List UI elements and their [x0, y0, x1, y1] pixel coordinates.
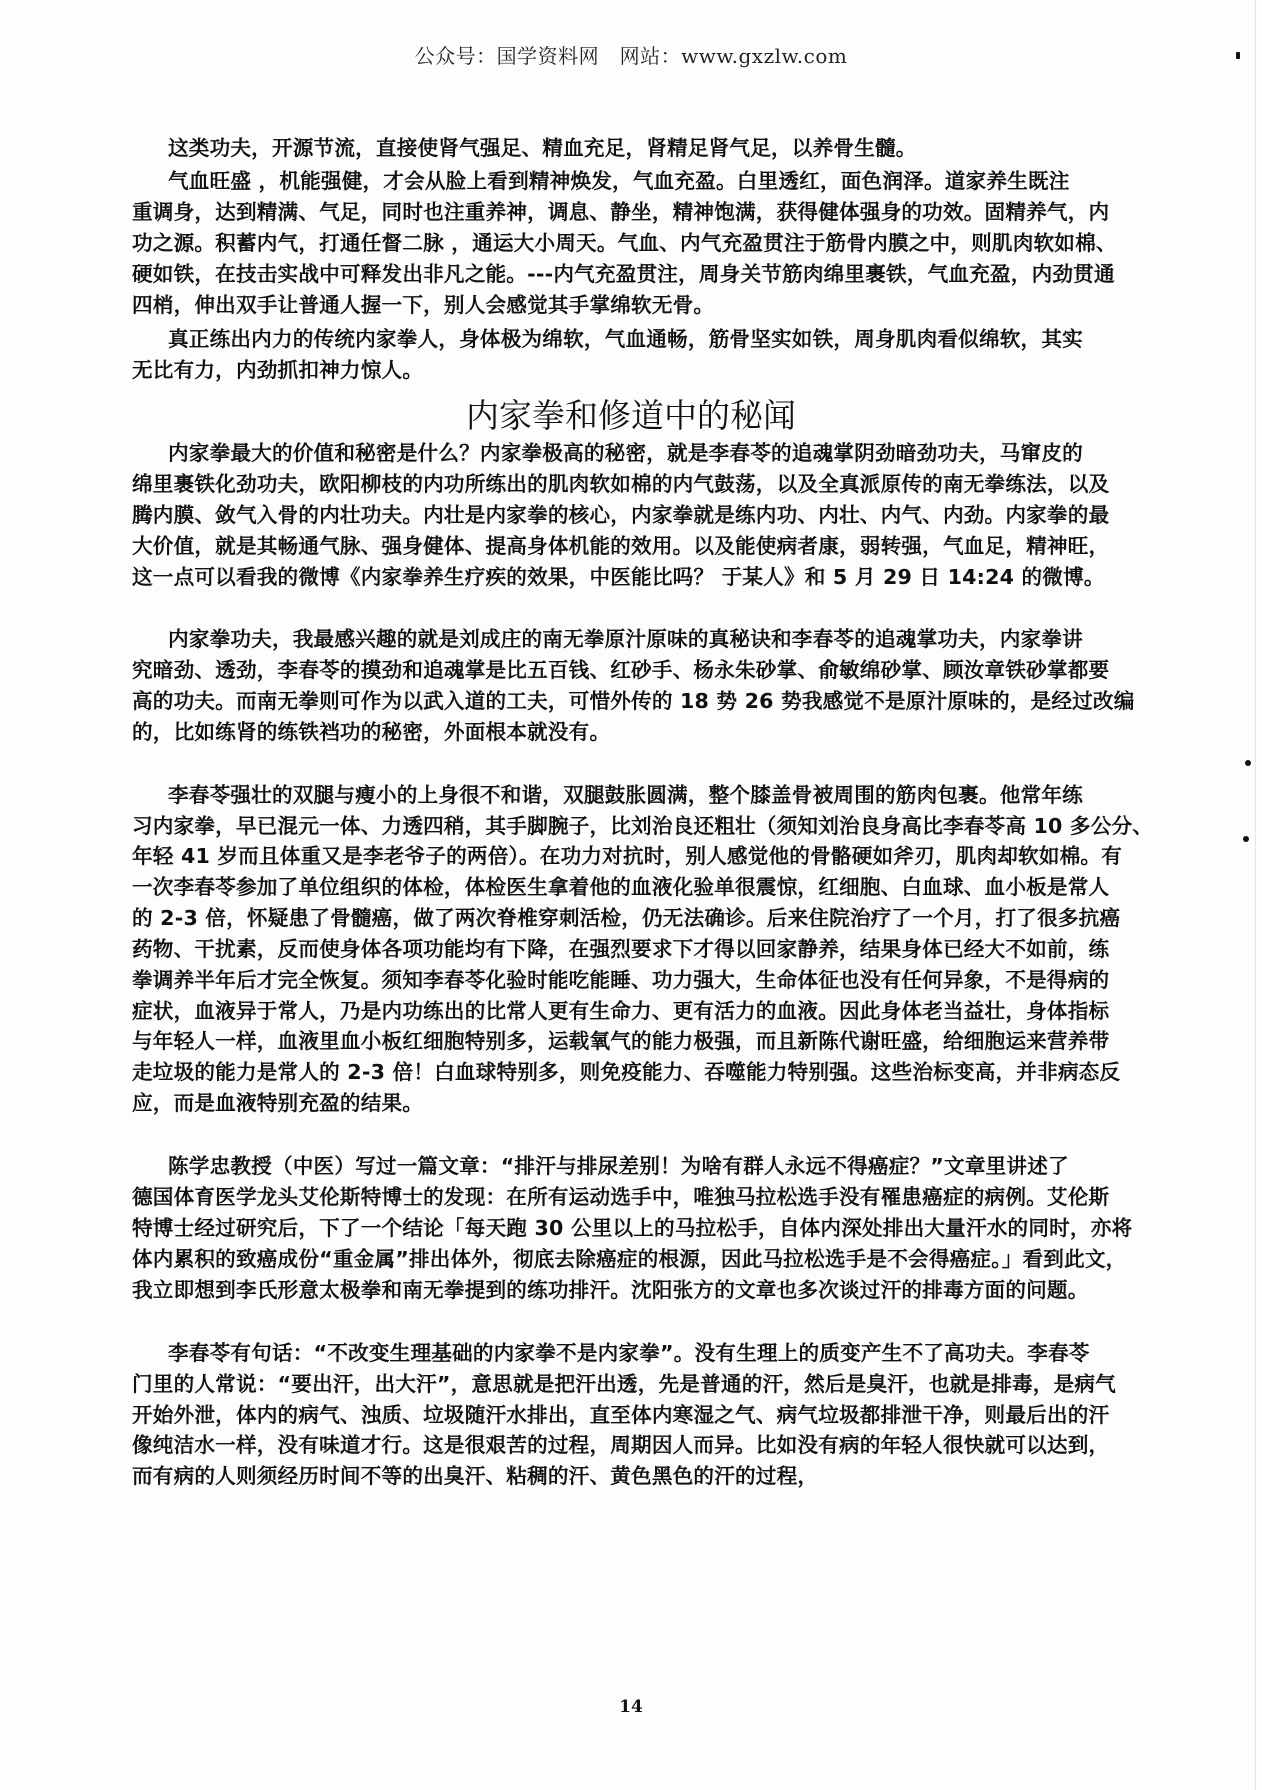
text-line: 体内累积的致癌成份“重金属”排出体外，彻底去除癌症的根源，因此马拉松选手是不会得… — [132, 1246, 1126, 1272]
text-line: 开始外泄，体内的病气、浊质、垃圾随汗水排出，直至体内寒湿之气、病气垃圾都排泄干净… — [132, 1402, 1109, 1428]
text-line: 的 2-3 倍，怀疑患了骨髓癌，做了两次脊椎穿刺活检，仍无法确诊。后来住院治疗了… — [132, 905, 1120, 931]
text-line: 究暗劲、透劲，李春苓的摸劲和追魂掌是比五百钱、红砂手、杨永朱砂掌、俞敏绵砂掌、顾… — [132, 657, 1109, 683]
text-line: 一次李春苓参加了单位组织的体检，体检医生拿着他的血液化验单很震惊，红细胞、白血球… — [132, 874, 1109, 900]
text-line: 真正练出内力的传统内家拳人，身体极为绵软，气血通畅，筋骨坚实如铁，周身肌肉看似绵… — [168, 326, 1083, 352]
text-line: 气血旺盛 ，机能强健，才会从脸上看到精神焕发，气血充盈。白里透红，面色润泽。道家… — [168, 168, 1070, 194]
binding-hole-mark — [1245, 760, 1251, 766]
text-line: 内家拳最大的价值和秘密是什么？内家拳极高的秘密，就是李春苓的追魂掌阴劲暗劲功夫，… — [168, 440, 1083, 466]
page-header: 公众号：国学资料网 网站：www.gxzlw.com — [0, 40, 1262, 69]
page-number: 14 — [0, 1697, 1262, 1717]
text-line: 走垃圾的能力是常人的 2-3 倍！白血球特别多，则免疫能力、吞噬能力特别强。这些… — [132, 1059, 1120, 1085]
text-line: 李春苓有句话：“不改变生理基础的内家拳不是内家拳”。没有生理上的质变产生不了高功… — [168, 1340, 1090, 1366]
text-line: 年轻 41 岁而且体重又是李老爷子的两倍）。在功力对抗时，别人感觉他的骨骼硬如斧… — [132, 843, 1122, 869]
text-line: 而有病的人则须经历时间不等的出臭汗、粘稠的汗、黄色黑色的汗的过程， — [132, 1463, 818, 1489]
text-line: 腾内膜、敛气入骨的内壮功夫。内壮是内家拳的核心，内家拳就是练内功、内壮、内气、内… — [132, 502, 1109, 528]
binding-hole-mark — [1243, 836, 1249, 842]
text-line: 我立即想到李氏形意太极拳和南无拳提到的练功排汗。沈阳张方的文章也多次谈过汗的排毒… — [132, 1277, 1089, 1303]
text-line: 四梢，伸出双手让普通人握一下，别人会感觉其手掌绵软无骨。 — [132, 292, 714, 318]
text-line: 李春苓强壮的双腿与瘦小的上身很不和谐，双腿鼓胀圆满，整个膝盖骨被周围的筋肉包裹。… — [168, 782, 1083, 808]
text-line: 特博士经过研究后，下了一个结论「每天跑 30 公里以上的马拉松手，自体内深处排出… — [132, 1215, 1132, 1241]
text-line: 门里的人常说：“要出汗，出大汗”，意思就是把汗出透，先是普通的汗，然后是臭汗，也… — [132, 1371, 1116, 1397]
section-title: 内家拳和修道中的秘闻 — [0, 390, 1262, 437]
scan-mark — [1236, 52, 1240, 59]
text-line: 这一点可以看我的微博《内家拳养生疗疾的效果，中医能比吗？ 于某人》和 5 月 2… — [132, 564, 1105, 590]
text-line: 高的功夫。而南无拳则可作为以武入道的工夫，可惜外传的 18 势 26 势我感觉不… — [132, 688, 1135, 714]
text-line: 绵里裹铁化劲功夫，欧阳柳枝的内功所练出的肌肉软如棉的内气鼓荡，以及全真派原传的南… — [132, 471, 1109, 497]
text-line: 功之源。积蓄内气，打通任督二脉 ，通运大小周天。气血、内气充盈贯注于筋骨内膜之中… — [132, 230, 1117, 256]
text-line: 应，而是血液特别充盈的结果。 — [132, 1090, 423, 1116]
text-line: 德国体育医学龙头艾伦斯特博士的发现：在所有运动选手中，唯独马拉松选手没有罹患癌症… — [132, 1184, 1109, 1210]
text-line: 药物、干扰素，反而使身体各项功能均有下降，在强烈要求下才得以回家静养，结果身体已… — [132, 936, 1109, 962]
document-page: 公众号：国学资料网 网站：www.gxzlw.com 这类功夫，开源节流，直接使… — [0, 0, 1262, 1790]
text-line: 拳调养半年后才完全恢复。须知李春苓化验时能吃能睡、功力强大，生命体征也没有任何异… — [132, 967, 1109, 993]
text-line: 像纯洁水一样，没有味道才行。这是很艰苦的过程，周期因人而异。比如没有病的年轻人很… — [132, 1432, 1109, 1458]
text-line: 这类功夫，开源节流，直接使肾气强足、精血充足，肾精足肾气足，以养骨生髓。 — [168, 135, 917, 161]
text-line: 内家拳功夫，我最感兴趣的就是刘成庄的南无拳原汁原味的真秘诀和李春苓的追魂掌功夫，… — [168, 626, 1083, 652]
text-line: 大价值，就是其畅通气脉、强身健体、提高身体机能的效用。以及能使病者康，弱转强，气… — [132, 533, 1109, 559]
text-line: 与年轻人一样，血液里血小板红细胞特别多，运载氧气的能力极强，而且新陈代谢旺盛，给… — [132, 1028, 1109, 1054]
page-edge — [1255, 0, 1256, 1790]
text-line: 的，比如练肾的练铁裆功的秘密，外面根本就没有。 — [132, 719, 610, 745]
text-line: 无比有力，内劲抓扣神力惊人。 — [132, 357, 423, 383]
text-line: 习内家拳，早已混元一体、力透四稍，其手脚腕子，比刘治良还粗壮（须知刘治良身高比李… — [132, 813, 1153, 839]
text-line: 陈学忠教授（中医）写过一篇文章：“排汗与排尿差别！为啥有群人永远不得癌症？”文章… — [168, 1153, 1069, 1179]
text-line: 重调身，达到精满、气足，同时也注重养神，调息、静坐，精神饱满，获得健体强身的功效… — [132, 199, 1109, 225]
text-line: 硬如铁，在技击实战中可释发出非凡之能。---内气充盈贯注，周身关节筋肉绵里裹铁，… — [132, 261, 1115, 287]
text-line: 症状，血液异于常人，乃是内功练出的比常人更有生命力、更有活力的血液。因此身体老当… — [132, 998, 1109, 1024]
